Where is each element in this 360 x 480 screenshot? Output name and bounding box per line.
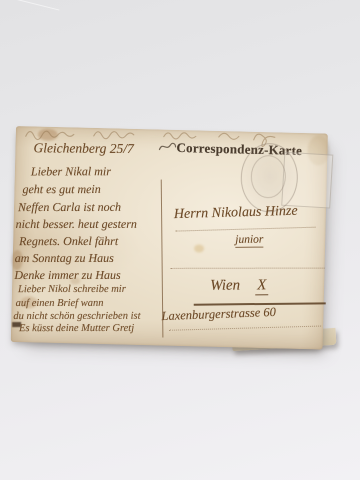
address-city-line: WienX bbox=[210, 277, 268, 295]
message-line: geht es gut mein bbox=[22, 182, 100, 197]
handwritten-date: Gleichenberg 25/7 bbox=[33, 140, 133, 157]
message-line: Es küsst deine Mutter Gretj bbox=[19, 323, 134, 334]
address-dotted-rule bbox=[176, 227, 316, 232]
address-recipient: Herrn Nikolaus Hinze bbox=[174, 204, 298, 223]
message-line: auf einen Brief wann bbox=[16, 298, 104, 309]
stain bbox=[194, 244, 204, 252]
address-city: Wien bbox=[210, 277, 240, 293]
message-line: du nicht schön geschrieben ist bbox=[13, 311, 140, 322]
message-line: am Sonntag zu Haus bbox=[15, 251, 114, 266]
message-line: Neffen Carla ist noch bbox=[18, 200, 121, 215]
postcard: Correspondenz-Karte Gleichenberg 25/7 Li… bbox=[11, 126, 328, 350]
address-district: X bbox=[255, 277, 268, 295]
message-line: nicht besser. heut gestern bbox=[16, 217, 137, 232]
postmark-inner-ring bbox=[250, 155, 286, 199]
address-dotted-rule bbox=[171, 268, 325, 269]
address-street: Laxenburgerstrasse 60 bbox=[161, 305, 276, 324]
message-line: Regnets. Onkel fährt bbox=[19, 234, 118, 249]
title-flourish-icon bbox=[158, 140, 176, 152]
message-line: Lieber Nikol schreibe mir bbox=[18, 284, 126, 295]
message-line: Lieber Nikal mir bbox=[31, 164, 111, 179]
message-line: Denke immer zu Haus bbox=[14, 268, 120, 283]
address-recipient-suffix: junior bbox=[235, 234, 263, 248]
address-dotted-rule bbox=[169, 326, 321, 331]
